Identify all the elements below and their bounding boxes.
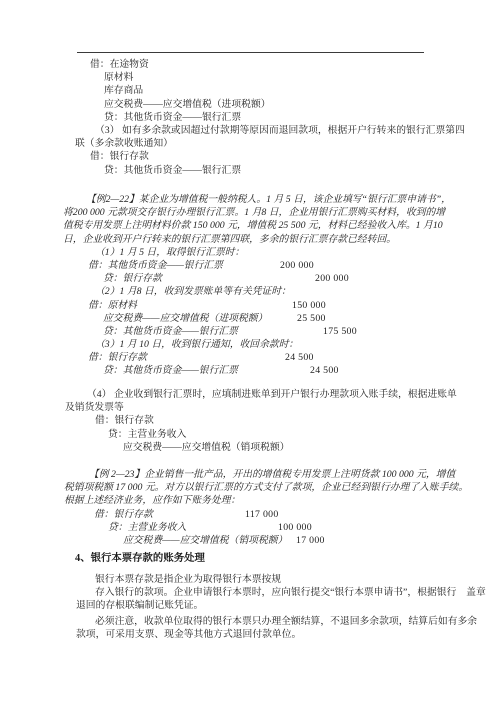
entry-step-heading: （2）1 月8 日，收到发票账单等有关凭证时： bbox=[0, 285, 500, 298]
journal-credit-line: 贷：其他货币资金——银行汇票 bbox=[0, 164, 500, 177]
section-example-2-22: 【例2—22】某企业为增值税一般纳税人。1 月 5 日，该企业填写“银行汇票申请… bbox=[0, 193, 500, 378]
journal-sub-line: 应交税费——应交增值税（进项税额） bbox=[0, 98, 500, 111]
paragraph-line: 必须注意，收款单位取得的银行本票只办理全额结算，不退回多余款项，结算后如有多余 bbox=[0, 615, 500, 628]
account-text: 借：银行存款 bbox=[88, 352, 147, 363]
top-rule bbox=[77, 52, 424, 53]
example-paragraph-line: 将200 000 元款项交存银行办理银行汇票。1 月8 日，企业用银行汇票购买材… bbox=[0, 206, 500, 219]
example-paragraph-line: 【例 2—23】企业销售一批产品，开出的增值税专用发票上注明货款 100 000… bbox=[0, 468, 500, 481]
paragraph-line: 银行本票存款是指企业为取得银行本票按规 bbox=[0, 573, 500, 586]
journal-sub-line: 应交税费——应交增值税（进项税额） 25 500 bbox=[0, 312, 500, 325]
paragraph-line: （3） 如有多余款或因超过付款期等原因而退回款项，根据开户行转来的银行汇票第四 bbox=[0, 124, 500, 137]
amount-text: 150 000 bbox=[292, 299, 326, 312]
amount-text: 200 000 bbox=[315, 272, 349, 285]
amount-text: 24 500 bbox=[285, 351, 314, 364]
amount-text: 100 000 bbox=[278, 521, 312, 534]
journal-debit-line: 借：原材料 150 000 bbox=[0, 299, 500, 312]
account-text: 借：原材料 bbox=[88, 300, 137, 311]
journal-sub-line: 应交税费——应交增值税（销项税额） bbox=[0, 441, 500, 454]
account-text: 借：银行存款 bbox=[94, 509, 153, 520]
paragraph-line: 退回的存根联编制记账凭证。 bbox=[0, 599, 500, 612]
account-text: 应交税费——应交增值税（销项税额） bbox=[123, 535, 287, 546]
journal-debit-line: 借：在途物资 bbox=[0, 58, 500, 71]
example-paragraph-line: 日，企业收到开户行转来的银行汇票第四联，多余的银行汇票存款已经转回。 bbox=[0, 233, 500, 246]
paragraph-line: 及销货发票等 bbox=[0, 401, 500, 414]
journal-credit-line: 贷：其他货币资金——银行汇票 bbox=[0, 111, 500, 124]
paragraph-line: （4） 企业收到银行汇票时，应填制进账单到开户银行办理款项入账手续，根据进账单 bbox=[0, 388, 500, 401]
account-text: 贷：其他货币资金——银行汇票 bbox=[103, 365, 238, 376]
journal-debit-line: 借：其他货币资金——银行汇票 200 000 bbox=[0, 259, 500, 272]
paragraph-line: 款项，可采用支票、现金等其他方式退回付款单位。 bbox=[0, 628, 500, 641]
journal-sub-line: 库存商品 bbox=[0, 84, 500, 97]
paragraph-line: 存入银行的款项。企业申请银行本票时，应向银行提交“银行本票申请书”，根据银行 盖… bbox=[0, 586, 500, 599]
amount-text: 200 000 bbox=[280, 259, 314, 272]
paragraph-line: 联（多余款收账通知） bbox=[0, 137, 500, 150]
journal-debit-line: 借：银行存款 24 500 bbox=[0, 351, 500, 364]
amount-text: 24 500 bbox=[310, 364, 339, 377]
amount-text: 25 500 bbox=[297, 312, 326, 325]
account-text: 应交税费——应交增值税（进项税额） bbox=[103, 313, 267, 324]
journal-sub-line: 原材料 bbox=[0, 71, 500, 84]
journal-debit-line: 借：银行存款 bbox=[0, 150, 500, 163]
journal-credit-line: 贷：其他货币资金——银行汇票 24 500 bbox=[0, 364, 500, 377]
section-point-4-note: （4） 企业收到银行汇票时，应填制进账单到开户银行办理款项入账手续，根据进账单 … bbox=[0, 388, 500, 454]
amount-text: 117 000 bbox=[245, 508, 279, 521]
example-paragraph-line: 【例2—22】某企业为增值税一般纳税人。1 月 5 日，该企业填写“银行汇票申请… bbox=[0, 193, 500, 206]
account-text: 贷：银行存款 bbox=[103, 273, 162, 284]
example-paragraph-line: 税销项税额 17 000 元。对方以银行汇票的方式支付了款项，企业已经到银行办理… bbox=[0, 481, 500, 494]
account-text: 贷：其他货币资金——银行汇票 bbox=[103, 326, 238, 337]
section-bank-draft-return: 借：在途物资 原材料 库存商品 应交税费——应交增值税（进项税额） 贷：其他货币… bbox=[0, 58, 500, 177]
account-text: 贷：主营业务收入 bbox=[108, 522, 186, 533]
journal-credit-line: 贷：主营业务收入 100 000 bbox=[0, 521, 500, 534]
journal-credit-line: 贷：其他货币资金——银行汇票 175 500 bbox=[0, 325, 500, 338]
journal-sub-line: 应交税费——应交增值税（销项税额） 17 000 bbox=[0, 534, 500, 547]
section-cashier-check-body: 银行本票存款是指企业为取得银行本票按规 存入银行的款项。企业申请银行本票时，应向… bbox=[0, 573, 500, 641]
amount-text: 175 500 bbox=[323, 325, 357, 338]
journal-debit-line: 借：银行存款 117 000 bbox=[0, 508, 500, 521]
amount-text: 17 000 bbox=[296, 534, 325, 547]
account-text: 借：其他货币资金——银行汇票 bbox=[88, 260, 223, 271]
section-example-2-23: 【例 2—23】企业销售一批产品，开出的增值税专用发票上注明货款 100 000… bbox=[0, 468, 500, 547]
entry-step-heading: （1）1 月 5 日，取得银行汇票时： bbox=[0, 246, 500, 259]
journal-credit-line: 贷：主营业务收入 bbox=[0, 428, 500, 441]
section-heading: 4、银行本票存款的账务处理 bbox=[0, 552, 500, 566]
example-paragraph-line: 值税专用发票上注明材料价款 150 000 元，增值税 25 500 元，材料已… bbox=[0, 219, 500, 232]
entry-step-heading: （3）1 月 10 日，收到银行通知，收回余款时： bbox=[0, 338, 500, 351]
example-paragraph-line: 根据上述经济业务，应作如下账务处理： bbox=[0, 494, 500, 507]
journal-credit-line: 贷：银行存款 200 000 bbox=[0, 272, 500, 285]
journal-debit-line: 借：银行存款 bbox=[0, 414, 500, 427]
document-page: 借：在途物资 原材料 库存商品 应交税费——应交增值税（进项税额） 贷：其他货币… bbox=[0, 0, 500, 706]
